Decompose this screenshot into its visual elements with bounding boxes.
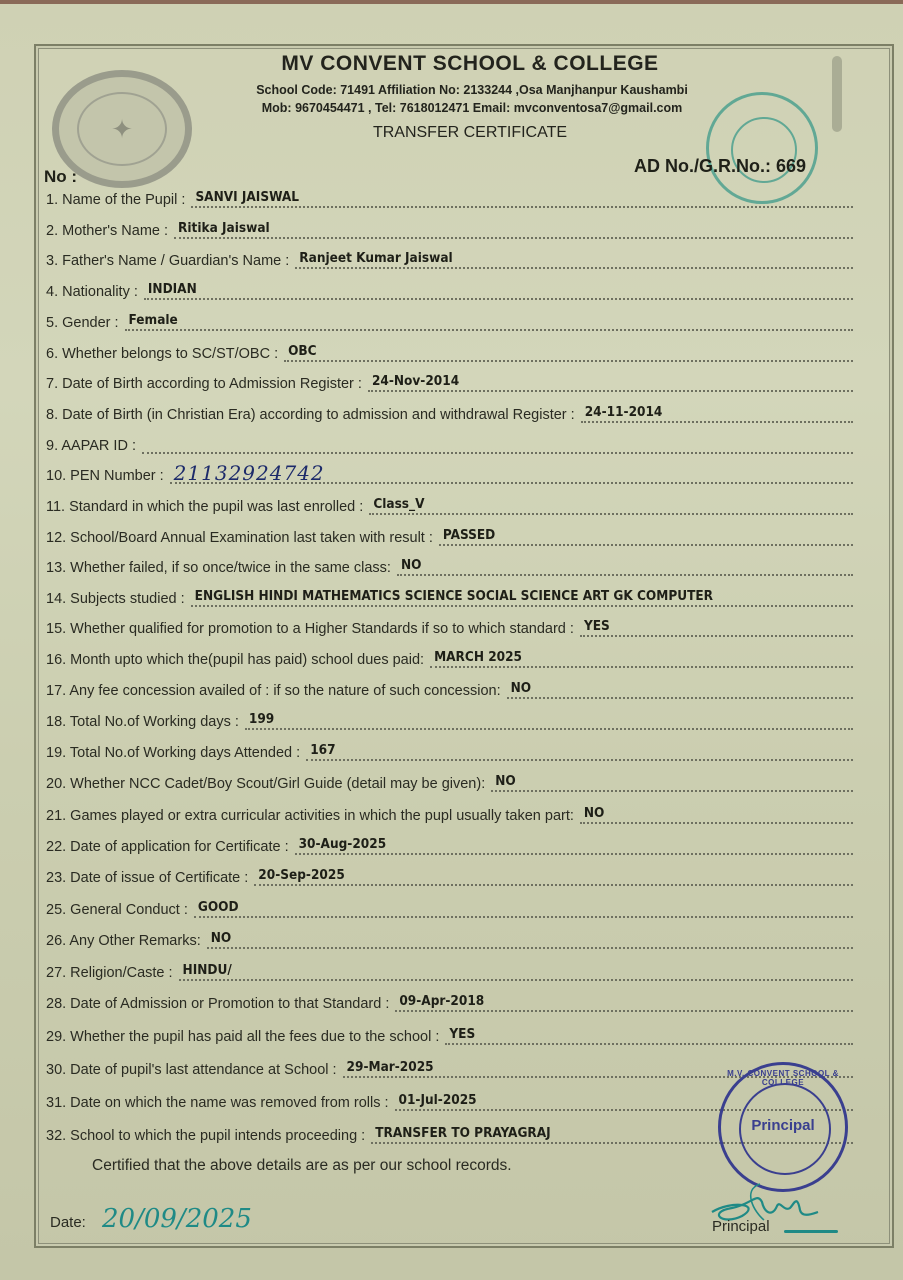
field-value: NO: [507, 679, 853, 699]
field-label: 20. Whether NCC Cadet/Boy Scout/Girl Gui…: [46, 776, 491, 792]
field-value: 20-Sep-2025: [254, 866, 853, 886]
field-label: 23. Date of issue of Certificate :: [46, 870, 254, 886]
form-field-row: 26. Any Other Remarks:NO: [46, 927, 853, 949]
field-label: 32. School to which the pupil intends pr…: [46, 1128, 371, 1144]
certification-statement: Certified that the above details are as …: [92, 1157, 512, 1175]
field-value: 24-Nov-2014: [368, 372, 853, 392]
stamp-top-text: M.V. CONVENT SCHOOL & COLLEGE: [721, 1069, 845, 1087]
form-field-row: 16. Month upto which the(pupil has paid)…: [46, 646, 853, 668]
form-field-row: 5. Gender :Female: [46, 309, 853, 331]
form-field-row: 25. General Conduct :GOOD: [46, 896, 853, 918]
stamp-center-text: Principal: [721, 1117, 845, 1134]
form-field-row: 4. Nationality :INDIAN: [46, 278, 853, 300]
field-value: 24-11-2014: [581, 403, 853, 423]
field-label: 7. Date of Birth according to Admission …: [46, 376, 368, 392]
field-value: YES: [445, 1025, 853, 1045]
field-value: OBC: [284, 342, 853, 362]
principal-stamp-icon: M.V. CONVENT SCHOOL & COLLEGE Principal: [718, 1062, 848, 1192]
field-value: YES: [580, 617, 853, 637]
field-label: 27. Religion/Caste :: [46, 965, 179, 981]
document-title: TRANSFER CERTIFICATE: [200, 124, 740, 142]
field-value: PASSED: [439, 526, 853, 546]
field-value: NO: [207, 929, 853, 949]
field-label: 12. School/Board Annual Examination last…: [46, 530, 439, 546]
form-field-row: 20. Whether NCC Cadet/Boy Scout/Girl Gui…: [46, 770, 853, 792]
handwritten-date: 20/09/2025: [102, 1204, 252, 1234]
field-label: 13. Whether failed, if so once/twice in …: [46, 560, 397, 576]
field-value: 30-Aug-2025: [295, 835, 853, 855]
field-label: 16. Month upto which the(pupil has paid)…: [46, 652, 430, 668]
form-field-row: 11. Standard in which the pupil was last…: [46, 493, 853, 515]
scrollbar-thumb[interactable]: [832, 56, 842, 132]
field-label: 17. Any fee concession availed of : if s…: [46, 683, 507, 699]
field-value: INDIAN: [144, 280, 853, 300]
form-field-row: 9. AAPAR ID :: [46, 432, 853, 454]
admission-number: AD No./G.R.No.: 669: [634, 156, 806, 177]
form-field-row: 7. Date of Birth according to Admission …: [46, 370, 853, 392]
field-value: Female: [125, 311, 853, 331]
field-label: 31. Date on which the name was removed f…: [46, 1095, 395, 1111]
form-field-row: 8. Date of Birth (in Christian Era) acco…: [46, 401, 853, 423]
field-label: 28. Date of Admission or Promotion to th…: [46, 996, 395, 1012]
date-label: Date:: [50, 1214, 86, 1231]
field-value: Class_V: [369, 495, 853, 515]
signature-underline: [784, 1230, 838, 1233]
field-value: Ritika Jaiswal: [174, 219, 853, 239]
field-label: 14. Subjects studied :: [46, 591, 191, 607]
field-value: 167: [306, 741, 853, 761]
form-field-row: 6. Whether belongs to SC/ST/OBC :OBC: [46, 340, 853, 362]
form-field-row: 19. Total No.of Working days Attended :1…: [46, 739, 853, 761]
form-field-row: 23. Date of issue of Certificate :20-Sep…: [46, 864, 853, 886]
field-label: 22. Date of application for Certificate …: [46, 839, 295, 855]
field-value: Ranjeet Kumar Jaiswal: [295, 249, 853, 269]
form-field-row: 3. Father's Name / Guardian's Name :Ranj…: [46, 247, 853, 269]
field-label: 9. AAPAR ID :: [46, 438, 142, 454]
field-value: GOOD: [194, 898, 853, 918]
field-value: 09-Apr-2018: [395, 992, 853, 1012]
field-value: NO: [491, 772, 853, 792]
field-label: 19. Total No.of Working days Attended :: [46, 745, 306, 761]
form-field-row: 17. Any fee concession availed of : if s…: [46, 677, 853, 699]
field-label: 5. Gender :: [46, 315, 125, 331]
certificate-number-label: No :: [44, 167, 77, 187]
field-value: NO: [580, 804, 853, 824]
field-label: 10. PEN Number :: [46, 468, 170, 484]
field-value: MARCH 2025: [430, 648, 853, 668]
form-field-row: 13. Whether failed, if so once/twice in …: [46, 554, 853, 576]
field-label: 29. Whether the pupil has paid all the f…: [46, 1029, 445, 1045]
field-label: 30. Date of pupil's last attendance at S…: [46, 1062, 343, 1078]
form-field-row: 15. Whether qualified for promotion to a…: [46, 615, 853, 637]
field-label: 25. General Conduct :: [46, 902, 194, 918]
field-value: NO: [397, 556, 853, 576]
field-value: [142, 452, 853, 454]
form-field-row: 12. School/Board Annual Examination last…: [46, 524, 853, 546]
field-value: HINDU/: [179, 961, 853, 981]
field-label: 1. Name of the Pupil :: [46, 192, 191, 208]
field-label: 8. Date of Birth (in Christian Era) acco…: [46, 407, 581, 423]
eagle-book-emblem-icon: ✦: [77, 92, 167, 166]
principal-label: Principal: [712, 1218, 770, 1235]
school-code-line: School Code: 71491 Affiliation No: 21332…: [212, 83, 732, 97]
form-field-row: 18. Total No.of Working days :199: [46, 708, 853, 730]
form-field-row: 22. Date of application for Certificate …: [46, 833, 853, 855]
field-label: 11. Standard in which the pupil was last…: [46, 499, 369, 515]
form-field-row: 21. Games played or extra curricular act…: [46, 802, 853, 824]
form-field-row: 2. Mother's Name :Ritika Jaiswal: [46, 217, 853, 239]
field-label: 15. Whether qualified for promotion to a…: [46, 621, 580, 637]
school-name: MV CONVENT SCHOOL & COLLEGE: [200, 52, 740, 76]
field-label: 3. Father's Name / Guardian's Name :: [46, 253, 295, 269]
field-label: 2. Mother's Name :: [46, 223, 174, 239]
field-value: SANVI JAISWAL: [191, 188, 853, 208]
form-field-row: 10. PEN Number :21132924742: [46, 462, 853, 484]
form-field-row: 27. Religion/Caste :HINDU/: [46, 959, 853, 981]
field-value: ENGLISH HINDI MATHEMATICS SCIENCE SOCIAL…: [191, 587, 853, 607]
certificate-paper: ✦ MV CONVENT SCHOOL & COLLEGE School Cod…: [0, 4, 903, 1280]
field-label: 4. Nationality :: [46, 284, 144, 300]
form-field-row: 29. Whether the pupil has paid all the f…: [46, 1023, 853, 1045]
field-label: 18. Total No.of Working days :: [46, 714, 245, 730]
form-field-row: 28. Date of Admission or Promotion to th…: [46, 990, 853, 1012]
field-value: 21132924742: [170, 464, 853, 484]
contact-line: Mob: 9670454471 , Tel: 7618012471 Email:…: [212, 101, 732, 115]
field-label: 26. Any Other Remarks:: [46, 933, 207, 949]
form-field-row: 14. Subjects studied :ENGLISH HINDI MATH…: [46, 585, 853, 607]
field-label: 6. Whether belongs to SC/ST/OBC :: [46, 346, 284, 362]
field-value: 199: [245, 710, 853, 730]
field-label: 21. Games played or extra curricular act…: [46, 808, 580, 824]
form-field-row: 1. Name of the Pupil :SANVI JAISWAL: [46, 186, 853, 208]
